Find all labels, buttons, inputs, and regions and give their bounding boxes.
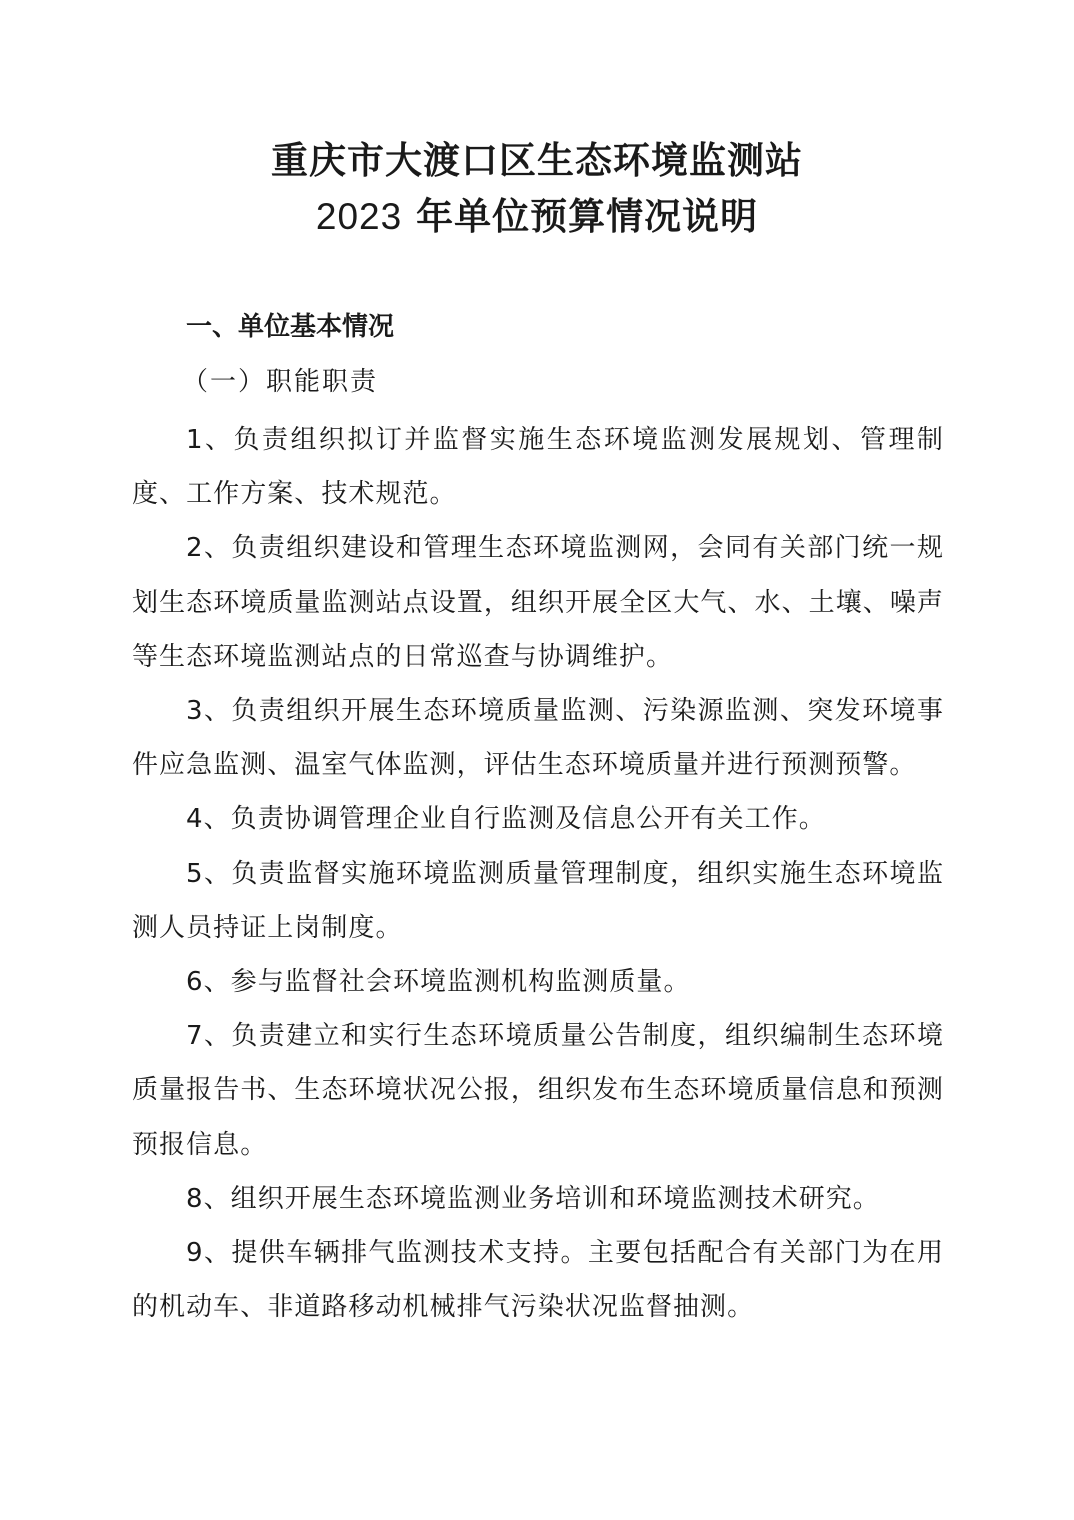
duty-paragraph-4: 4、负责协调管理企业自行监测及信息公开有关工作。 [132,792,944,846]
duty-paragraph-8: 8、组织开展生态环境监测业务培训和环境监测技术研究。 [132,1172,944,1226]
document-title-line1: 重庆市大渡口区生态环境监测站 [0,132,1074,188]
duty-paragraph-5: 5、负责监督实施环境监测质量管理制度，组织实施生态环境监测人员持证上岗制度。 [132,847,944,955]
subsection-heading: （一）职能职责 [182,360,378,404]
section-heading: 一、单位基本情况 [186,305,394,349]
duty-paragraph-3: 3、负责组织开展生态环境质量监测、污染源监测、突发环境事件应急监测、温室气体监测… [132,684,944,792]
duty-paragraph-7: 7、负责建立和实行生态环境质量公告制度，组织编制生态环境质量报告书、生态环境状况… [132,1009,944,1172]
duty-paragraph-6: 6、参与监督社会环境监测机构监测质量。 [132,955,944,1009]
title-year: 2023 [316,196,402,237]
duty-paragraph-2: 2、负责组织建设和管理生态环境监测网，会同有关部门统一规划生态环境质量监测站点设… [132,521,944,684]
duties-list: 1、负责组织拟订并监督实施生态环境监测发展规划、管理制度、工作方案、技术规范。 … [132,413,944,1334]
duty-paragraph-1: 1、负责组织拟订并监督实施生态环境监测发展规划、管理制度、工作方案、技术规范。 [132,413,944,521]
document-title-line2: 2023 年单位预算情况说明 [0,188,1074,245]
title-rest: 年单位预算情况说明 [402,194,758,238]
duty-paragraph-9: 9、提供车辆排气监测技术支持。主要包括配合有关部门为在用的机动车、非道路移动机械… [132,1226,944,1334]
document-page: 重庆市大渡口区生态环境监测站 2023 年单位预算情况说明 一、单位基本情况 （… [0,0,1074,1520]
